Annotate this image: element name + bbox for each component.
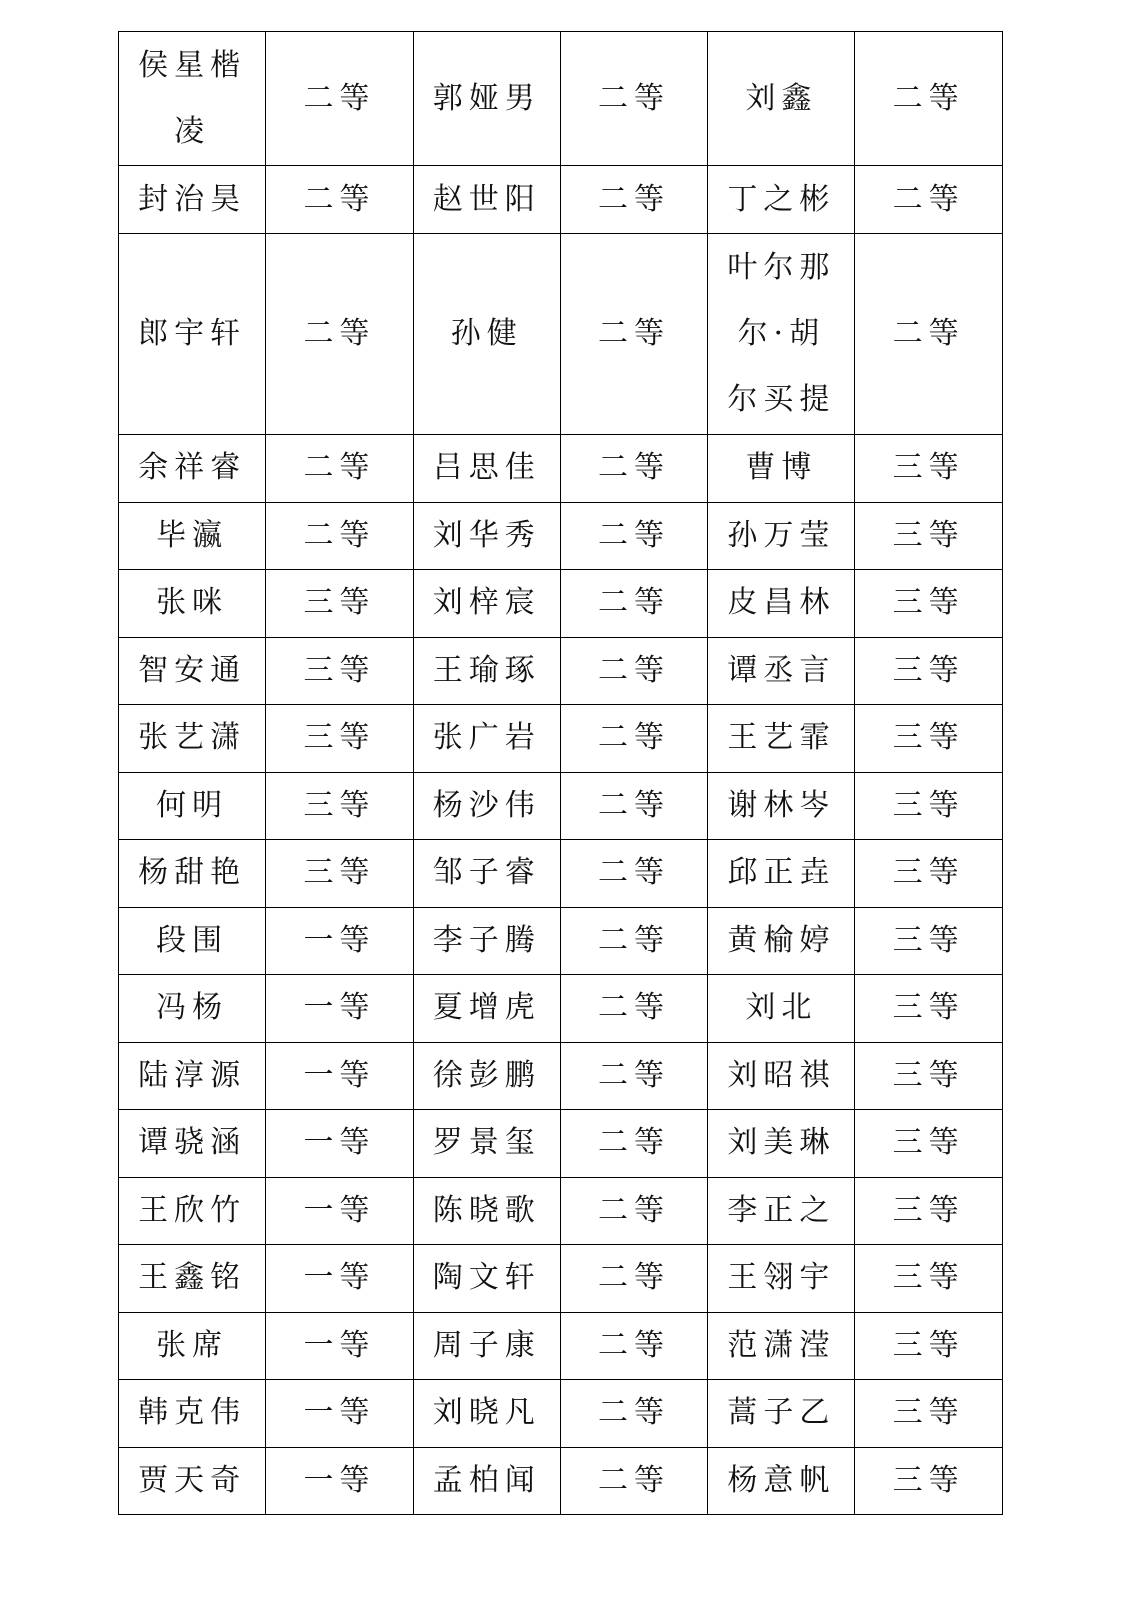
award-grade-cell: 一等	[266, 1312, 413, 1380]
student-name-cell: 罗景玺	[413, 1110, 560, 1178]
award-grade-cell: 三等	[855, 705, 1002, 773]
student-name-cell: 封治昊	[119, 166, 266, 234]
table-row: 张艺潇三等张广岩二等王艺霏三等	[119, 705, 1003, 773]
award-grade-cell: 二等	[560, 840, 707, 908]
table-row: 何明三等杨沙伟二等谢林岑三等	[119, 772, 1003, 840]
award-grade-cell: 三等	[855, 772, 1002, 840]
student-name-cell: 吕思佳	[413, 435, 560, 503]
award-grade-cell: 一等	[266, 1177, 413, 1245]
student-name-cell: 郭娅男	[413, 32, 560, 166]
table-row: 冯杨一等夏增虎二等刘北三等	[119, 975, 1003, 1043]
student-name-cell: 贾天奇	[119, 1447, 266, 1515]
student-name-cell: 韩克伟	[119, 1380, 266, 1448]
student-name-cell: 蒿子乙	[708, 1380, 855, 1448]
student-name-cell: 张广岩	[413, 705, 560, 773]
student-name-cell: 刘美琳	[708, 1110, 855, 1178]
award-grade-cell: 一等	[266, 1447, 413, 1515]
student-name-cell: 陈晓歌	[413, 1177, 560, 1245]
student-name-cell: 周子康	[413, 1312, 560, 1380]
award-grade-cell: 二等	[266, 435, 413, 503]
award-grade-cell: 三等	[855, 1177, 1002, 1245]
award-grade-cell: 二等	[266, 502, 413, 570]
student-name-cell: 孙健	[413, 234, 560, 435]
award-grade-cell: 三等	[855, 570, 1002, 638]
table-row: 智安通三等王瑜琢二等谭丞言三等	[119, 637, 1003, 705]
student-name-cell: 孟柏闻	[413, 1447, 560, 1515]
student-name-cell: 刘梓宸	[413, 570, 560, 638]
award-table-body: 侯星楷凌二等郭娅男二等刘鑫二等封治昊二等赵世阳二等丁之彬二等郎宇轩二等孙健二等叶…	[119, 32, 1003, 1515]
student-name-cell: 邱正垚	[708, 840, 855, 908]
student-name-cell: 李正之	[708, 1177, 855, 1245]
student-name-cell: 曹博	[708, 435, 855, 503]
table-row: 杨甜艳三等邹子睿二等邱正垚三等	[119, 840, 1003, 908]
award-grade-cell: 一等	[266, 1042, 413, 1110]
award-grade-cell: 三等	[266, 840, 413, 908]
student-name-cell: 黄榆婷	[708, 907, 855, 975]
student-name-cell: 侯星楷凌	[119, 32, 266, 166]
student-name-cell: 杨沙伟	[413, 772, 560, 840]
table-row: 张席一等周子康二等范潇滢三等	[119, 1312, 1003, 1380]
table-row: 陆淳源一等徐彭鹏二等刘昭祺三等	[119, 1042, 1003, 1110]
award-grade-cell: 二等	[266, 234, 413, 435]
award-grade-cell: 三等	[855, 502, 1002, 570]
award-grade-cell: 一等	[266, 1110, 413, 1178]
award-grade-cell: 二等	[560, 502, 707, 570]
award-grade-cell: 三等	[266, 637, 413, 705]
award-grade-cell: 三等	[855, 1380, 1002, 1448]
award-grade-cell: 三等	[855, 1447, 1002, 1515]
student-name-cell: 陶文轩	[413, 1245, 560, 1313]
student-name-cell: 张席	[119, 1312, 266, 1380]
student-name-cell: 孙万莹	[708, 502, 855, 570]
student-name-cell: 张咪	[119, 570, 266, 638]
student-name-cell: 段围	[119, 907, 266, 975]
award-grade-cell: 二等	[560, 570, 707, 638]
award-grade-cell: 三等	[266, 772, 413, 840]
student-name-cell: 谢林岑	[708, 772, 855, 840]
student-name-cell: 王欣竹	[119, 1177, 266, 1245]
award-grade-cell: 二等	[560, 907, 707, 975]
student-name-cell: 冯杨	[119, 975, 266, 1043]
award-grade-cell: 三等	[855, 1042, 1002, 1110]
student-name-cell: 智安通	[119, 637, 266, 705]
award-grade-cell: 二等	[560, 705, 707, 773]
award-grade-cell: 三等	[855, 907, 1002, 975]
award-grade-cell: 二等	[560, 435, 707, 503]
award-grade-cell: 三等	[855, 840, 1002, 908]
award-grade-cell: 一等	[266, 975, 413, 1043]
award-grade-cell: 一等	[266, 1245, 413, 1313]
table-row: 毕瀛二等刘华秀二等孙万莹三等	[119, 502, 1003, 570]
award-grade-cell: 三等	[855, 1245, 1002, 1313]
student-name-cell: 夏增虎	[413, 975, 560, 1043]
award-grade-cell: 二等	[560, 1245, 707, 1313]
table-row: 郎宇轩二等孙健二等叶尔那尔·胡尔买提二等	[119, 234, 1003, 435]
student-name-cell: 皮昌林	[708, 570, 855, 638]
student-name-cell: 刘华秀	[413, 502, 560, 570]
student-name-cell: 徐彭鹏	[413, 1042, 560, 1110]
student-name-cell: 谭骁涵	[119, 1110, 266, 1178]
award-grade-cell: 二等	[560, 975, 707, 1043]
award-grade-cell: 三等	[855, 435, 1002, 503]
award-grade-cell: 二等	[560, 1042, 707, 1110]
award-grade-cell: 二等	[560, 1447, 707, 1515]
table-row: 张咪三等刘梓宸二等皮昌林三等	[119, 570, 1003, 638]
award-grade-cell: 二等	[560, 772, 707, 840]
student-name-cell: 范潇滢	[708, 1312, 855, 1380]
award-grade-cell: 三等	[855, 1110, 1002, 1178]
award-grade-cell: 一等	[266, 907, 413, 975]
student-name-cell: 王瑜琢	[413, 637, 560, 705]
table-row: 韩克伟一等刘晓凡二等蒿子乙三等	[119, 1380, 1003, 1448]
student-name-cell: 刘晓凡	[413, 1380, 560, 1448]
award-grade-cell: 二等	[560, 166, 707, 234]
award-grade-cell: 二等	[855, 166, 1002, 234]
student-name-cell: 赵世阳	[413, 166, 560, 234]
award-grade-cell: 二等	[560, 234, 707, 435]
table-row: 贾天奇一等孟柏闻二等杨意帆三等	[119, 1447, 1003, 1515]
award-grade-cell: 二等	[560, 32, 707, 166]
table-row: 封治昊二等赵世阳二等丁之彬二等	[119, 166, 1003, 234]
table-row: 王鑫铭一等陶文轩二等王翎宇三等	[119, 1245, 1003, 1313]
award-grade-cell: 二等	[560, 1312, 707, 1380]
table-row: 侯星楷凌二等郭娅男二等刘鑫二等	[119, 32, 1003, 166]
table-row: 王欣竹一等陈晓歌二等李正之三等	[119, 1177, 1003, 1245]
award-grade-cell: 三等	[266, 705, 413, 773]
student-name-cell: 王翎宇	[708, 1245, 855, 1313]
student-name-cell: 刘北	[708, 975, 855, 1043]
award-grade-cell: 二等	[855, 32, 1002, 166]
student-name-cell: 杨意帆	[708, 1447, 855, 1515]
award-grade-cell: 二等	[266, 166, 413, 234]
award-grade-cell: 二等	[560, 1177, 707, 1245]
award-table: 侯星楷凌二等郭娅男二等刘鑫二等封治昊二等赵世阳二等丁之彬二等郎宇轩二等孙健二等叶…	[118, 31, 1003, 1515]
student-name-cell: 王艺霏	[708, 705, 855, 773]
student-name-cell: 余祥睿	[119, 435, 266, 503]
award-grade-cell: 二等	[266, 32, 413, 166]
student-name-cell: 邹子睿	[413, 840, 560, 908]
award-grade-cell: 三等	[855, 637, 1002, 705]
student-name-cell: 陆淳源	[119, 1042, 266, 1110]
table-row: 余祥睿二等吕思佳二等曹博三等	[119, 435, 1003, 503]
award-grade-cell: 二等	[560, 1110, 707, 1178]
student-name-cell: 刘鑫	[708, 32, 855, 166]
student-name-cell: 张艺潇	[119, 705, 266, 773]
student-name-cell: 王鑫铭	[119, 1245, 266, 1313]
award-grade-cell: 一等	[266, 1380, 413, 1448]
award-grade-cell: 二等	[560, 637, 707, 705]
student-name-cell: 何明	[119, 772, 266, 840]
student-name-cell: 叶尔那尔·胡尔买提	[708, 234, 855, 435]
student-name-cell: 李子腾	[413, 907, 560, 975]
student-name-cell: 刘昭祺	[708, 1042, 855, 1110]
student-name-cell: 郎宇轩	[119, 234, 266, 435]
award-grade-cell: 三等	[855, 975, 1002, 1043]
award-grade-cell: 二等	[855, 234, 1002, 435]
award-grade-cell: 三等	[855, 1312, 1002, 1380]
student-name-cell: 丁之彬	[708, 166, 855, 234]
table-row: 段围一等李子腾二等黄榆婷三等	[119, 907, 1003, 975]
student-name-cell: 毕瀛	[119, 502, 266, 570]
table-row: 谭骁涵一等罗景玺二等刘美琳三等	[119, 1110, 1003, 1178]
student-name-cell: 谭丞言	[708, 637, 855, 705]
student-name-cell: 杨甜艳	[119, 840, 266, 908]
award-grade-cell: 二等	[560, 1380, 707, 1448]
award-grade-cell: 三等	[266, 570, 413, 638]
